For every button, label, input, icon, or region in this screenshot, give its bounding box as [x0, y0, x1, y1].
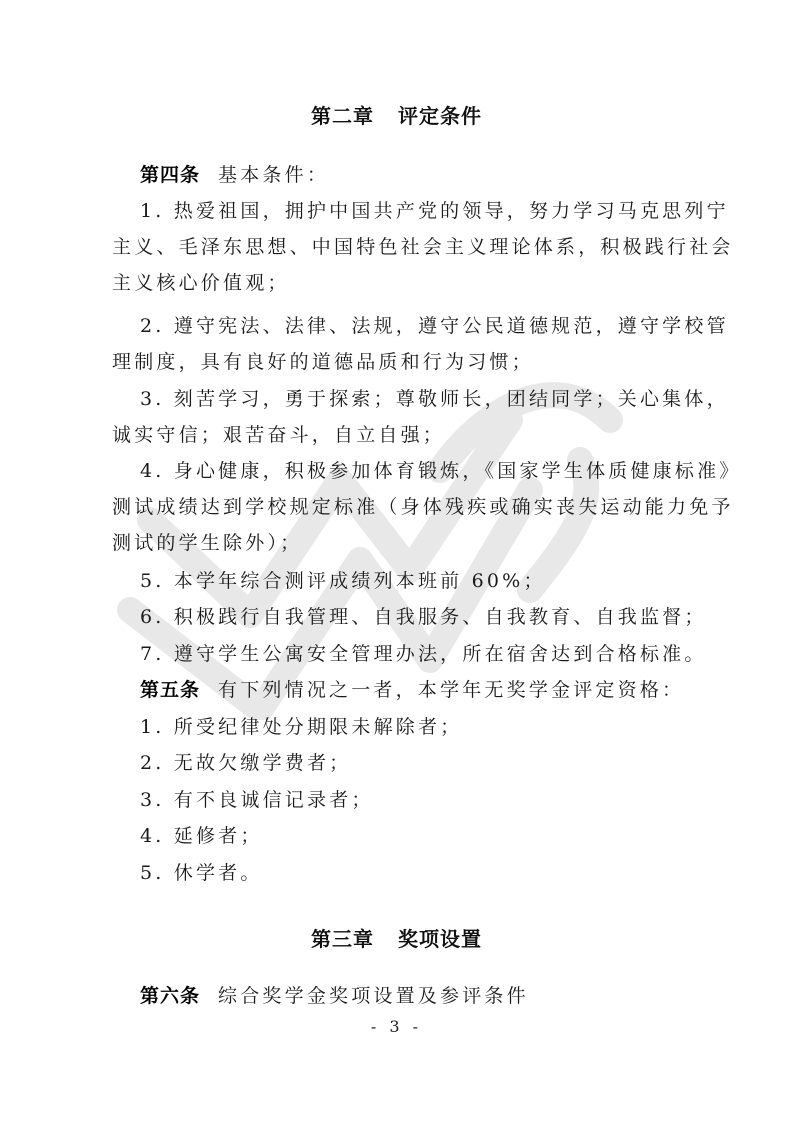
- article-5-item-3: 3. 有不良诚信记录者；: [140, 785, 700, 812]
- article-4-heading: 第四条基本条件：: [140, 160, 700, 187]
- chapter-title: 奖项设置: [398, 927, 482, 951]
- article-5-item-1: 1. 所受纪律处分期限未解除者；: [140, 712, 700, 739]
- document-page: 第二章评定条件 第四条基本条件： 1. 热爱祖国，拥护中国共产党的领导，努力学习…: [0, 0, 793, 1122]
- article-title: 有下列情况之一者，本学年无奖学金评定资格：: [218, 679, 684, 701]
- article-5-heading: 第五条有下列情况之一者，本学年无奖学金评定资格：: [140, 675, 700, 702]
- article-4-item-4-line-1: 4. 身心健康，积极参加体育锻炼，《国家学生体质健康标准》: [140, 456, 700, 483]
- article-4-item-6: 6. 积极践行自我管理、自我服务、自我教育、自我监督；: [140, 602, 700, 629]
- page-number: - 3 -: [0, 1017, 793, 1036]
- article-5-item-4: 4. 延修者；: [140, 821, 700, 848]
- article-4-item-7: 7. 遵守学生公寓安全管理办法，所在宿舍达到合格标准。: [140, 639, 700, 666]
- article-5-item-2: 2. 无故欠缴学费者；: [140, 748, 700, 775]
- chapter-3-heading: 第三章奖项设置: [0, 923, 793, 952]
- article-4-item-2-line-1: 2. 遵守宪法、法律、法规，遵守公民道德规范，遵守学校管: [140, 311, 700, 338]
- article-number: 第五条: [140, 679, 200, 701]
- article-4-item-4-line-2: 测试成绩达到学校规定标准（身体残疾或确实丧失运动能力免予: [112, 492, 672, 519]
- article-4-item-1-line-2: 主义、毛泽东思想、中国特色社会主义理论体系，积极践行社会: [112, 232, 672, 259]
- chapter-label: 第二章: [311, 104, 374, 128]
- chapter-2-heading: 第二章评定条件: [0, 100, 793, 129]
- article-title: 综合奖学金奖项设置及参评条件: [218, 985, 529, 1007]
- article-4-item-3-line-1: 3. 刻苦学习，勇于探索；尊敬师长，团结同学；关心集体，: [140, 384, 700, 411]
- article-4-item-3-line-2: 诚实守信；艰苦奋斗，自立自强；: [112, 420, 672, 447]
- article-title: 基本条件：: [218, 164, 329, 186]
- article-6-heading: 第六条综合奖学金奖项设置及参评条件: [140, 981, 700, 1008]
- article-4-item-4-line-3: 测试的学生除外）；: [112, 528, 672, 555]
- chapter-title: 评定条件: [398, 104, 482, 128]
- chapter-label: 第三章: [311, 927, 374, 951]
- article-number: 第六条: [140, 985, 200, 1007]
- article-4-item-1-line-1: 1. 热爱祖国，拥护中国共产党的领导，努力学习马克思列宁: [140, 196, 700, 223]
- article-5-item-5: 5. 休学者。: [140, 858, 700, 885]
- article-4-item-2-line-2: 理制度，具有良好的道德品质和行为习惯；: [112, 347, 672, 374]
- article-4-item-1-line-3: 主义核心价值观；: [112, 268, 672, 295]
- article-number: 第四条: [140, 164, 200, 186]
- article-4-item-5: 5. 本学年综合测评成绩列本班前 60%；: [140, 566, 700, 593]
